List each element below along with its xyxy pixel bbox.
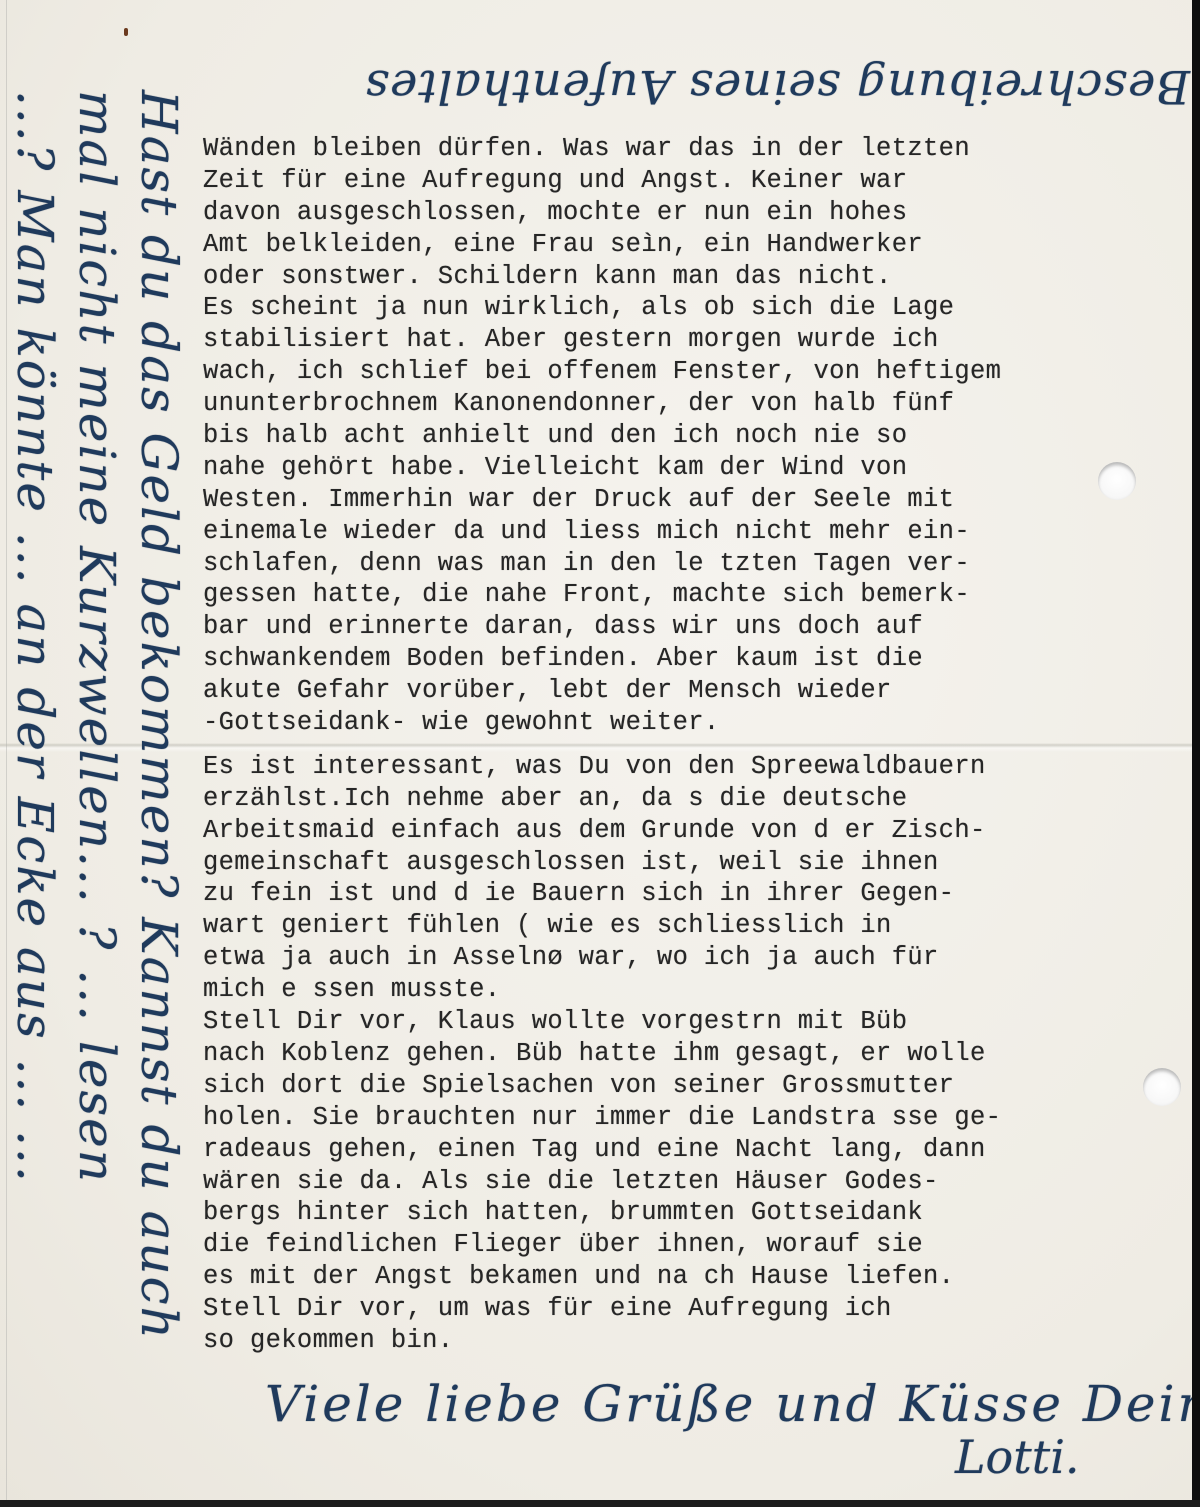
- punch-hole: [1143, 1068, 1181, 1106]
- typed-line: mich e ssen musste.: [203, 974, 1193, 1006]
- typed-line: gemeinschaft ausgeschlossen ist, weil si…: [203, 847, 1193, 879]
- typed-line: Arbeitsmaid einfach aus dem Grunde von d…: [203, 815, 1193, 847]
- ink-speck: [124, 28, 128, 36]
- typed-line: schlafen, denn was man in den le tzten T…: [203, 548, 1193, 580]
- typed-line: ununterbrochnem Kanonendonner, der von h…: [203, 388, 1193, 420]
- handwritten-margin-note: Hast du das Geld bekommen? Kannst du auc…: [0, 90, 190, 1507]
- typed-line: Zeit für eine Aufregung und Angst. Keine…: [203, 165, 1193, 197]
- typed-line: etwa ja auch in Asselnø war, wo ich ja a…: [203, 942, 1193, 974]
- handwritten-signature: Lotti.: [955, 1430, 1080, 1484]
- typed-line: nach Koblenz gehen. Büb hatte ihm gesagt…: [203, 1038, 1193, 1070]
- typed-line: wach, ich schlief bei offenem Fenster, v…: [203, 356, 1193, 388]
- margin-line: ...? Man könnte ... an der Ecke aus ... …: [4, 90, 66, 1507]
- typed-line: Amt belkleiden, eine Frau seìn, ein Hand…: [203, 229, 1193, 261]
- margin-line: mal nicht meine Kurzwellen... ? ... lese…: [66, 90, 128, 1507]
- typed-line: es mit der Angst bekamen und na ch Hause…: [203, 1261, 1193, 1293]
- typed-line: zu fein ist und d ie Bauern sich in ihre…: [203, 878, 1193, 910]
- scan-edge-bottom: [0, 1500, 1200, 1507]
- typed-line: wären sie da. Als sie die letzten Häuser…: [203, 1166, 1193, 1198]
- typed-line: radeaus gehen, einen Tag und eine Nacht …: [203, 1134, 1193, 1166]
- typed-line: bis halb acht anhielt und den ich noch n…: [203, 420, 1193, 452]
- typewritten-body: Wänden bleiben dürfen. Was war das in de…: [203, 133, 1193, 1357]
- typed-line: akute Gefahr vorüber, lebt der Mensch wi…: [203, 675, 1193, 707]
- typed-line: nahe gehört habe. Vielleicht kam der Win…: [203, 452, 1193, 484]
- typed-line: schwankendem Boden befinden. Aber kaum i…: [203, 643, 1193, 675]
- typed-line: oder sonstwer. Schildern kann man das ni…: [203, 261, 1193, 293]
- typed-line: bar und erinnerte daran, dass wir uns do…: [203, 611, 1193, 643]
- handwritten-note-upside-down: Beschreibung seines Aufenthaltes: [470, 60, 1190, 114]
- scan-edge-right: [1192, 0, 1200, 1507]
- typed-line: erzählst.Ich nehme aber an, da s die deu…: [203, 783, 1193, 815]
- typed-line: sich dort die Spielsachen von seiner Gro…: [203, 1070, 1193, 1102]
- punch-hole: [1098, 462, 1136, 500]
- typed-line: so gekommen bin.: [203, 1325, 1193, 1357]
- typed-line: Es ist interessant, was Du von den Spree…: [203, 751, 1193, 783]
- typed-line: Stell Dir vor, Klaus wollte vorgestrn mi…: [203, 1006, 1193, 1038]
- typed-line: wart geniert fühlen ( wie es schliesslic…: [203, 910, 1193, 942]
- typed-line: Wänden bleiben dürfen. Was war das in de…: [203, 133, 1193, 165]
- typed-line: bergs hinter sich hatten, brummten Gotts…: [203, 1197, 1193, 1229]
- typed-line: Es scheint ja nun wirklich, als ob sich …: [203, 292, 1193, 324]
- typed-line: Stell Dir vor, um was für eine Aufregung…: [203, 1293, 1193, 1325]
- typed-line: stabilisiert hat. Aber gestern morgen wu…: [203, 324, 1193, 356]
- paragraph-gap: [203, 739, 1193, 751]
- typed-line: davon ausgeschlossen, mochte er nun ein …: [203, 197, 1193, 229]
- letter-page: Beschreibung seines Aufenthaltes Hast du…: [0, 0, 1192, 1500]
- typed-line: gessen hatte, die nahe Front, machte sic…: [203, 579, 1193, 611]
- typed-line: -Gottseidank- wie gewohnt weiter.: [203, 707, 1193, 739]
- typed-line: Westen. Immerhin war der Druck auf der S…: [203, 484, 1193, 516]
- typed-line: die feindlichen Flieger über ihnen, wora…: [203, 1229, 1193, 1261]
- handwritten-closing: Viele liebe Grüße und Küsse Deine: [265, 1375, 1200, 1433]
- margin-line: Hast du das Geld bekommen? Kannst du auc…: [128, 90, 190, 1507]
- typed-line: einemale wieder da und liess mich nicht …: [203, 516, 1193, 548]
- typed-line: holen. Sie brauchten nur immer die Lands…: [203, 1102, 1193, 1134]
